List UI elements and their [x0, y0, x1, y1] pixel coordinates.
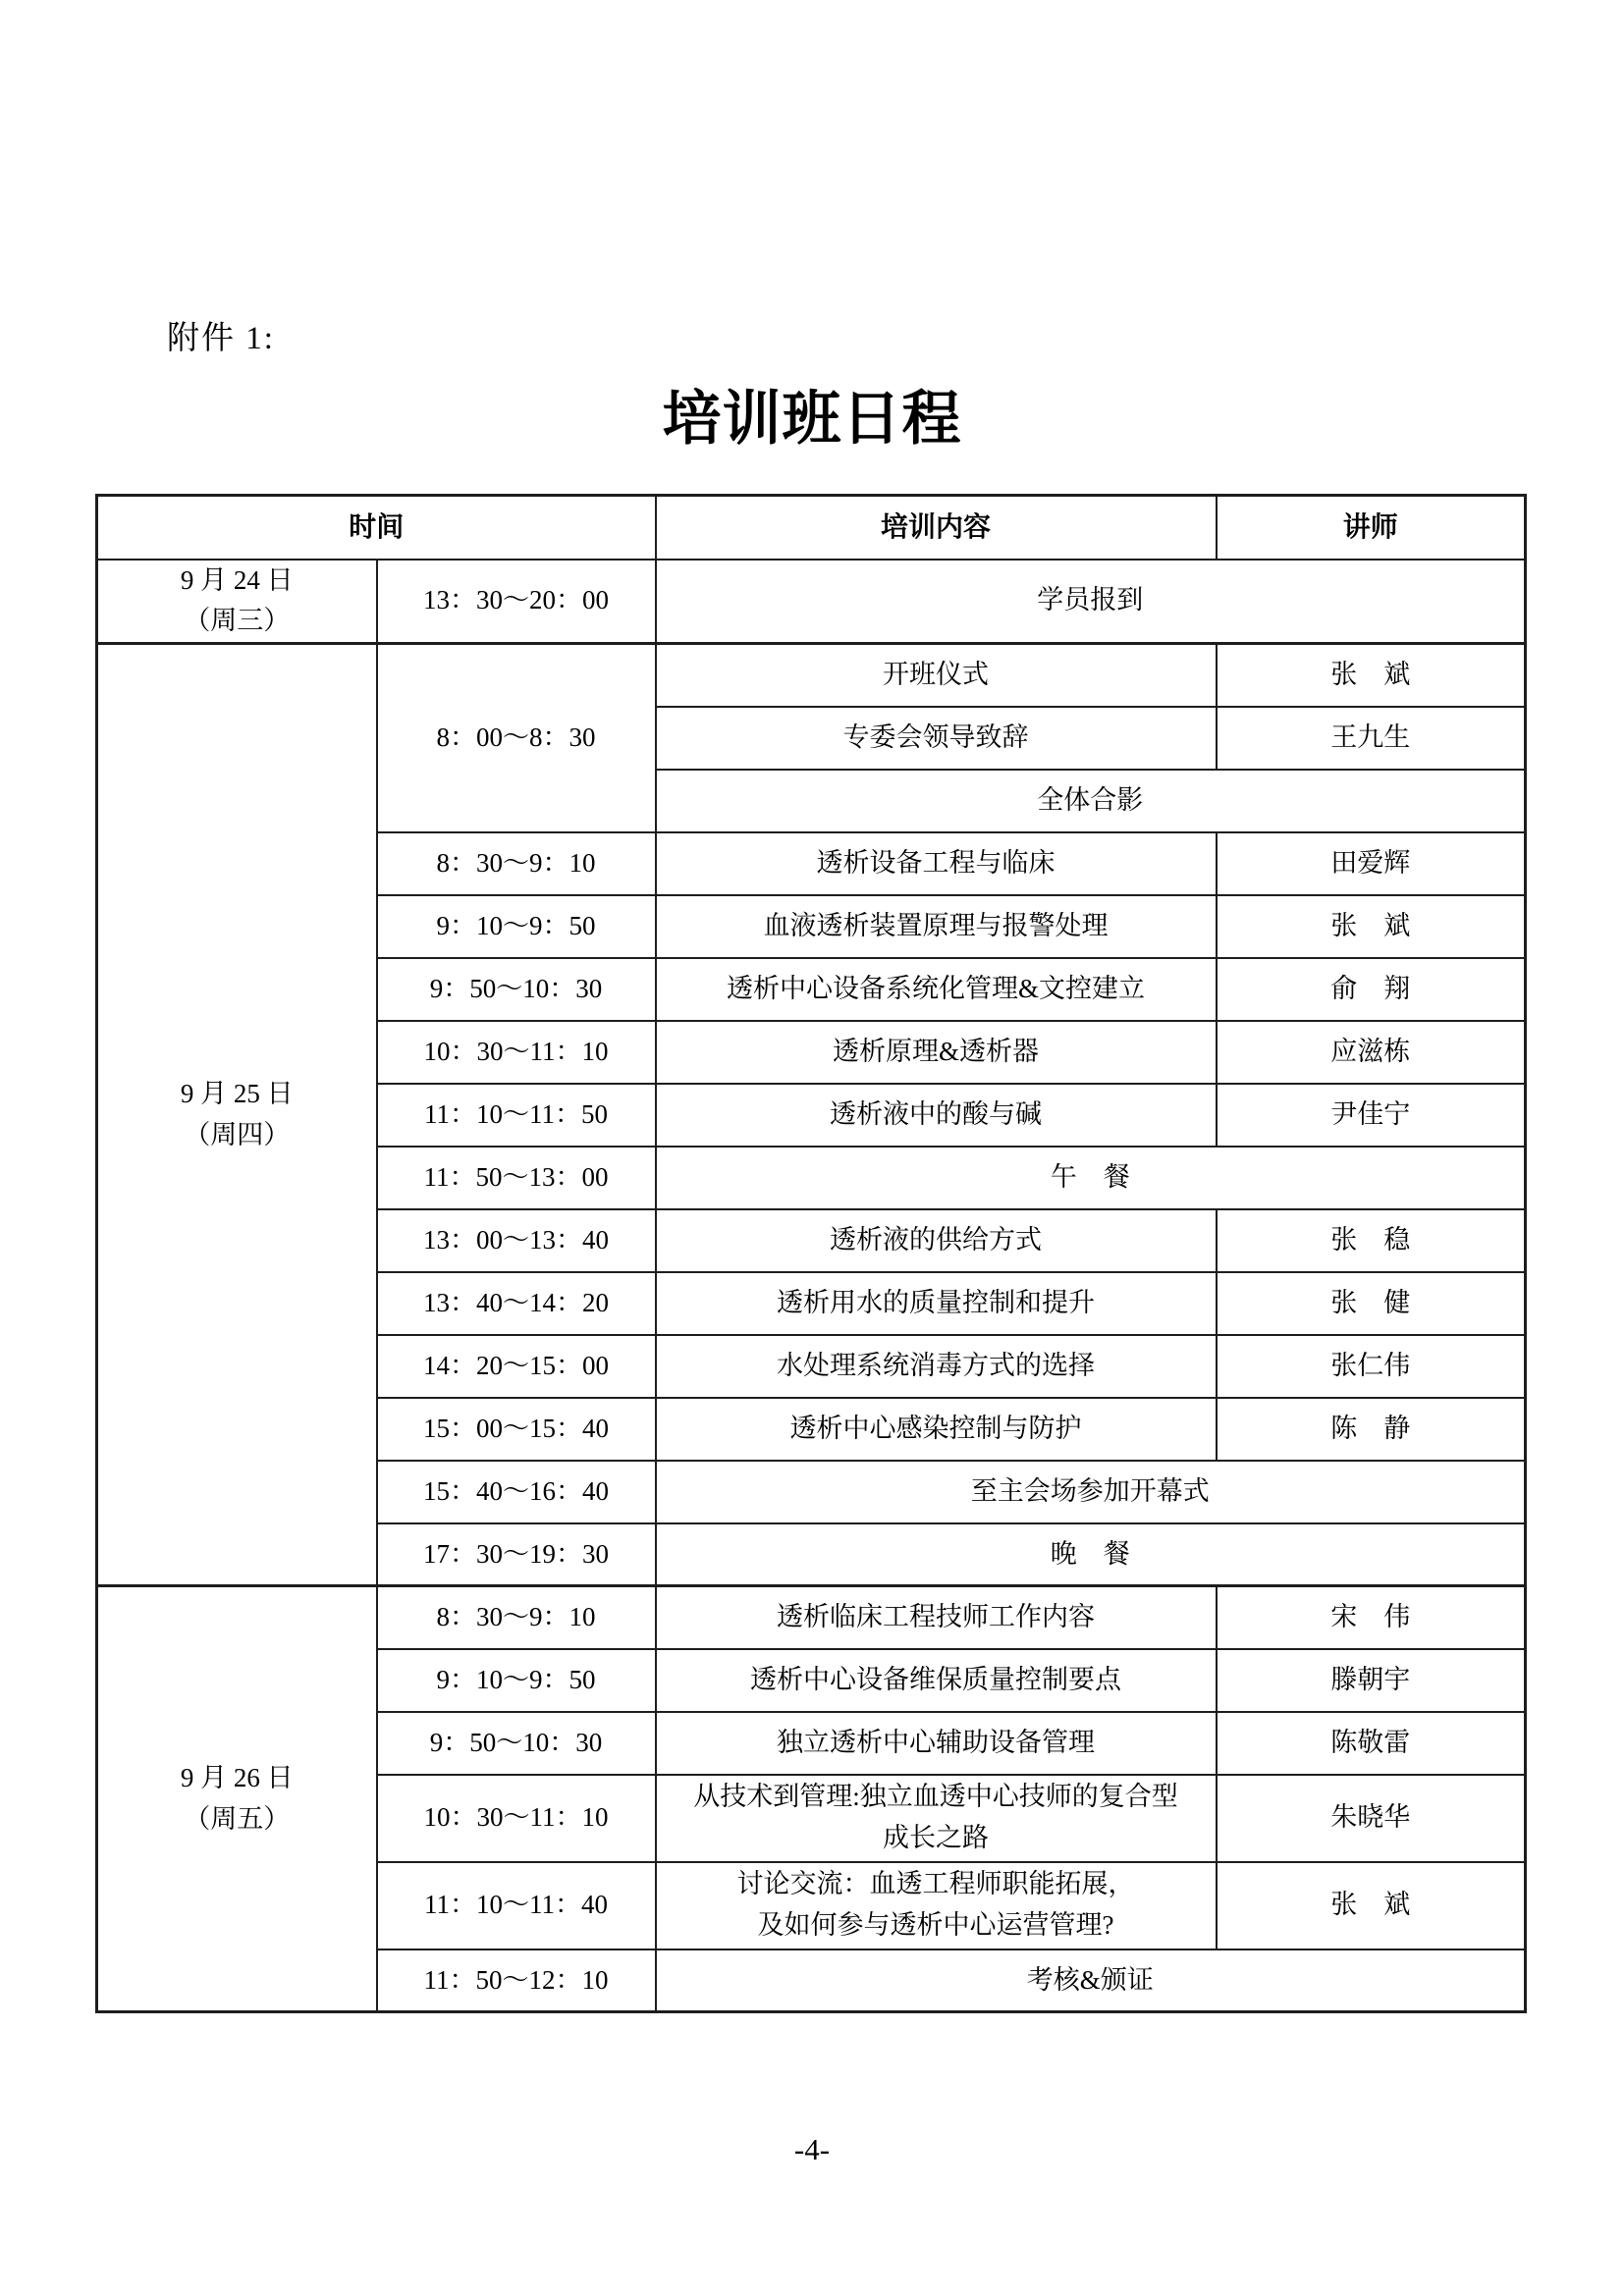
date-line2: （周三）: [104, 601, 370, 642]
lecturer-cell: 张 健: [1217, 1272, 1526, 1335]
content-cell: 考核&颁证: [656, 1949, 1526, 2012]
content-cell: 独立透析中心辅助设备管理: [656, 1712, 1217, 1775]
content-cell: 从技术到管理:独立血透中心技师的复合型 成长之路: [656, 1775, 1217, 1862]
time-cell: 9：50～10：30: [377, 1712, 656, 1775]
header-time: 时间: [97, 496, 656, 560]
lecturer-cell: 尹佳宁: [1217, 1084, 1526, 1147]
content-cell: 午 餐: [656, 1147, 1526, 1209]
date-line2: （周四）: [104, 1115, 370, 1156]
time-cell: 8：00～8：30: [377, 644, 656, 832]
schedule-table: 时间 培训内容 讲师 9 月 24 日 （周三） 13：30～20：00 学员报…: [95, 494, 1527, 2013]
content-cell: 讨论交流：血透工程师职能拓展， 及如何参与透析中心运营管理?: [656, 1862, 1217, 1949]
content-cell: 血液透析装置原理与报警处理: [656, 895, 1217, 958]
date-line1: 9 月 24 日: [104, 561, 370, 602]
lecturer-cell: 陈 静: [1217, 1398, 1526, 1461]
attachment-label: 附件 1:: [167, 312, 275, 358]
date-line2: （周五）: [104, 1799, 370, 1841]
content-cell: 透析中心感染控制与防护: [656, 1398, 1217, 1461]
content-cell: 透析临床工程技师工作内容: [656, 1586, 1217, 1649]
time-cell: 8：30～9：10: [377, 832, 656, 895]
date-line1: 9 月 25 日: [104, 1074, 370, 1115]
time-cell: 15：40～16：40: [377, 1461, 656, 1523]
content-cell: 透析液中的酸与碱: [656, 1084, 1217, 1147]
date-cell-day2: 9 月 25 日 （周四）: [97, 644, 377, 1586]
lecturer-cell: 张仁伟: [1217, 1335, 1526, 1398]
lecturer-cell: 王九生: [1217, 707, 1526, 770]
content-cell: 透析用水的质量控制和提升: [656, 1272, 1217, 1335]
table-row: 9 月 25 日 （周四） 8：00～8：30 开班仪式 张 斌: [97, 644, 1526, 707]
lecturer-cell: 俞 翔: [1217, 958, 1526, 1021]
table-row: 9 月 24 日 （周三） 13：30～20：00 学员报到: [97, 560, 1526, 644]
content-cell: 学员报到: [656, 560, 1526, 644]
lecturer-cell: 田爱辉: [1217, 832, 1526, 895]
time-cell: 17：30～19：30: [377, 1523, 656, 1586]
page-number: -4-: [0, 2132, 1624, 2167]
content-cell: 水处理系统消毒方式的选择: [656, 1335, 1217, 1398]
content-cell: 全体合影: [656, 770, 1526, 832]
time-cell: 10：30～11：10: [377, 1021, 656, 1084]
time-cell: 11：50～12：10: [377, 1949, 656, 2012]
page-title: 培训班日程: [0, 372, 1624, 456]
time-cell: 8：30～9：10: [377, 1586, 656, 1649]
header-content: 培训内容: [656, 496, 1217, 560]
date-cell-day1: 9 月 24 日 （周三）: [97, 560, 377, 644]
lecturer-cell: 朱晓华: [1217, 1775, 1526, 1862]
time-cell: 13：00～13：40: [377, 1209, 656, 1272]
lecturer-cell: 张 斌: [1217, 644, 1526, 707]
content-cell: 开班仪式: [656, 644, 1217, 707]
date-line1: 9 月 26 日: [104, 1758, 370, 1799]
lecturer-cell: 张 斌: [1217, 895, 1526, 958]
lecturer-cell: 滕朝宇: [1217, 1649, 1526, 1712]
document-page: 附件 1: 培训班日程 时间 培训内容 讲师 9 月 24 日 （周三） 13：…: [0, 0, 1624, 2296]
lecturer-cell: 张 斌: [1217, 1862, 1526, 1949]
lecturer-cell: 应滋栋: [1217, 1021, 1526, 1084]
content-cell: 透析设备工程与临床: [656, 832, 1217, 895]
content-cell: 透析中心设备维保质量控制要点: [656, 1649, 1217, 1712]
content-cell: 透析中心设备系统化管理&文控建立: [656, 958, 1217, 1021]
date-cell-day3: 9 月 26 日 （周五）: [97, 1586, 377, 2012]
table-header-row: 时间 培训内容 讲师: [97, 496, 1526, 560]
time-cell: 15：00～15：40: [377, 1398, 656, 1461]
table-row: 9 月 26 日 （周五） 8：30～9：10 透析临床工程技师工作内容 宋 伟: [97, 1586, 1526, 1649]
lecturer-cell: 陈敬雷: [1217, 1712, 1526, 1775]
time-cell: 9：10～9：50: [377, 895, 656, 958]
content-cell: 透析液的供给方式: [656, 1209, 1217, 1272]
time-cell: 14：20～15：00: [377, 1335, 656, 1398]
time-cell: 13：30～20：00: [377, 560, 656, 644]
time-cell: 11：50～13：00: [377, 1147, 656, 1209]
content-cell: 透析原理&透析器: [656, 1021, 1217, 1084]
content-cell: 晚 餐: [656, 1523, 1526, 1586]
time-cell: 13：40～14：20: [377, 1272, 656, 1335]
time-cell: 11：10～11：40: [377, 1862, 656, 1949]
header-lecturer: 讲师: [1217, 496, 1526, 560]
time-cell: 10：30～11：10: [377, 1775, 656, 1862]
time-cell: 11：10～11：50: [377, 1084, 656, 1147]
content-cell: 专委会领导致辞: [656, 707, 1217, 770]
lecturer-cell: 张 稳: [1217, 1209, 1526, 1272]
content-cell: 至主会场参加开幕式: [656, 1461, 1526, 1523]
time-cell: 9：10～9：50: [377, 1649, 656, 1712]
time-cell: 9：50～10：30: [377, 958, 656, 1021]
lecturer-cell: 宋 伟: [1217, 1586, 1526, 1649]
